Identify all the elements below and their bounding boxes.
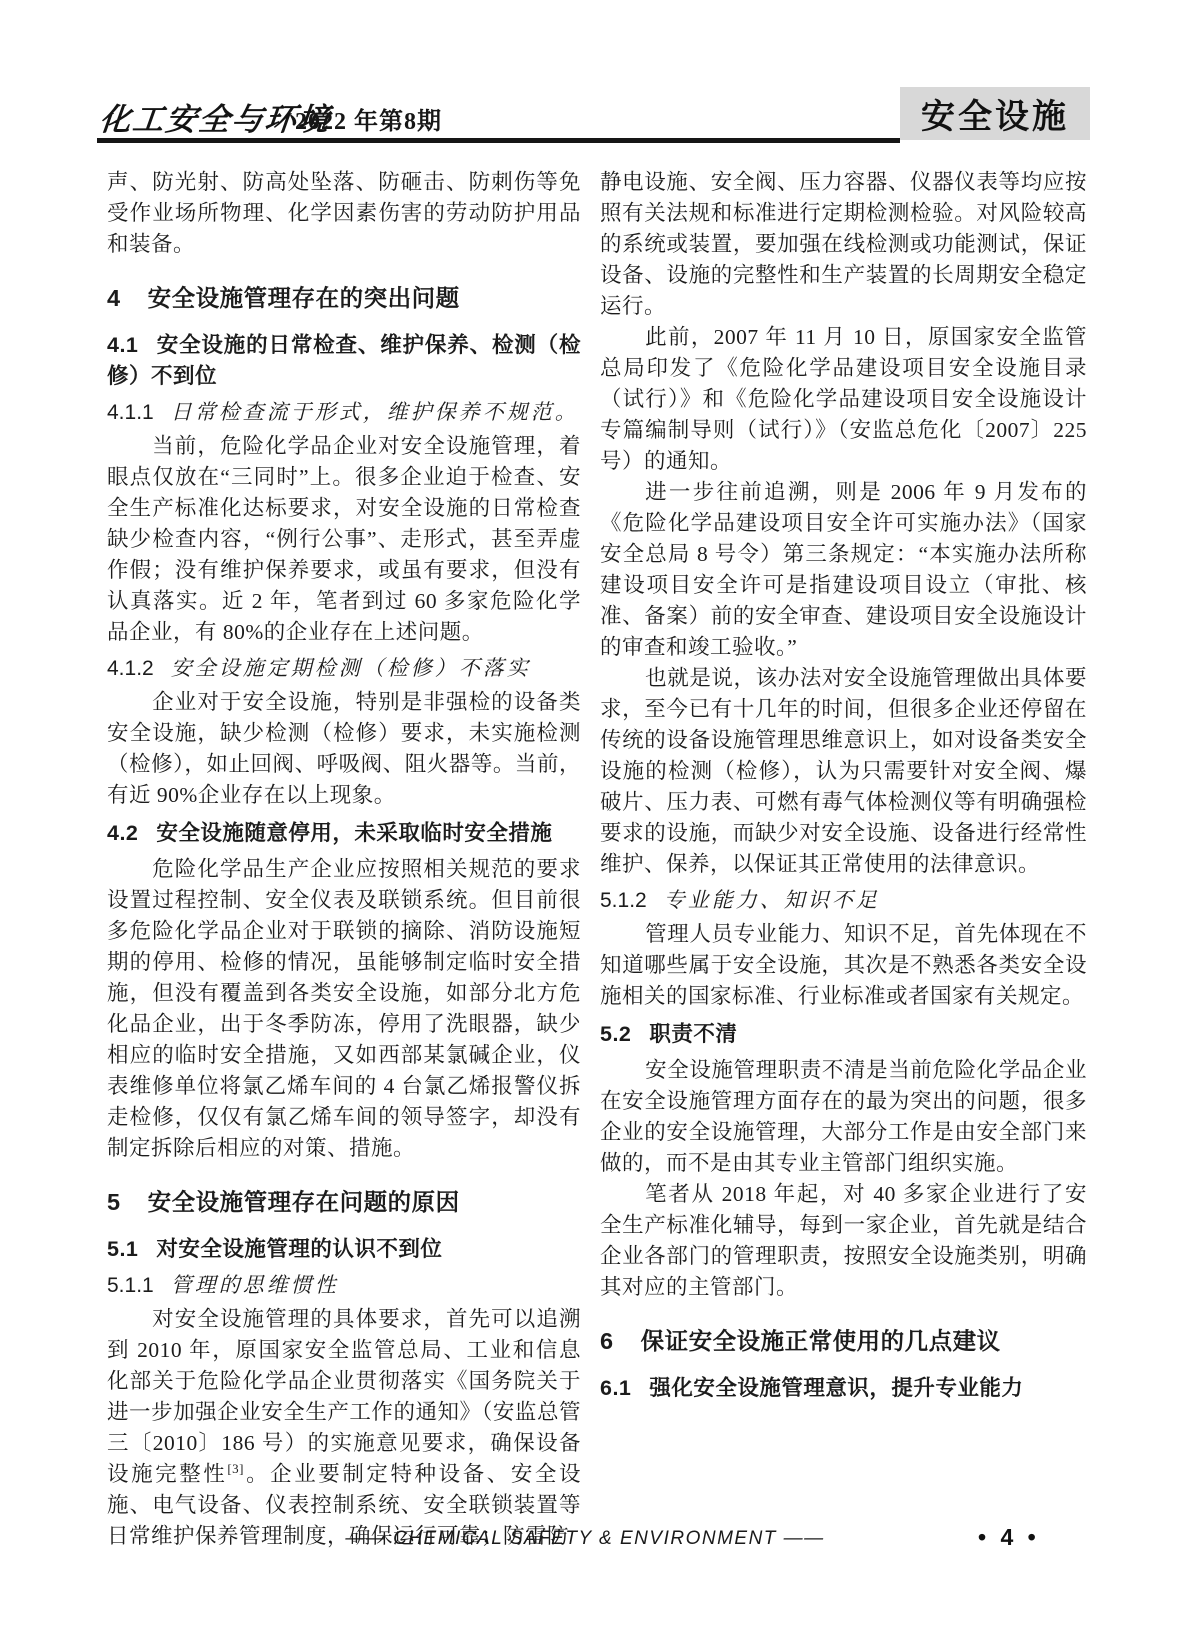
paragraph: 危险化学品生产企业应按照相关规范的要求设置过程控制、安全仪表及联锁系统。但目前很… bbox=[107, 854, 581, 1164]
subsection-title: 强化安全设施管理意识，提升专业能力 bbox=[649, 1376, 1023, 1400]
subsection-heading: 6.1强化安全设施管理意识，提升专业能力 bbox=[600, 1373, 1087, 1404]
subsection-title: 对安全设施管理的认识不到位 bbox=[156, 1237, 442, 1261]
subsection-title: 安全设施随意停用，未采取临时安全措施 bbox=[156, 821, 552, 845]
issue-info: 2022 年第8期 bbox=[295, 101, 442, 136]
left-column: 声、防光射、防高处坠落、防砸击、防刺伤等免受作业场所物理、化学因素伤害的劳动防护… bbox=[107, 167, 581, 1552]
subsubsection-title: 管理的思维惯性 bbox=[171, 1273, 339, 1297]
subsection-number: 5.2 bbox=[600, 1022, 631, 1046]
paragraph: 安全设施管理职责不清是当前危险化学品企业在安全设施管理方面存在的最为突出的问题，… bbox=[600, 1055, 1087, 1179]
subsubsection-title: 专业能力、知识不足 bbox=[664, 888, 880, 912]
section-number: 4 bbox=[107, 285, 121, 311]
section-badge: 安全设施 bbox=[900, 87, 1090, 140]
paragraph: 管理人员专业能力、知识不足，首先体现在不知道哪些属于安全设施，其次是不熟悉各类安… bbox=[600, 919, 1087, 1012]
footer-journal-name: —— CHEMICAL SAFETY & ENVIRONMENT —— bbox=[105, 1528, 1065, 1550]
subsubsection-heading: 4.1.2安全设施定期检测（检修）不落实 bbox=[107, 653, 581, 684]
subsubsection-title: 日常检查流于形式，维护保养不规范。 bbox=[171, 400, 579, 424]
paragraph: 静电设施、安全阀、压力容器、仪器仪表等均应按照有关法规和标准进行定期检测检验。对… bbox=[600, 167, 1087, 322]
section-heading: 5安全设施管理存在问题的原因 bbox=[107, 1185, 581, 1219]
paragraph: 进一步往前追溯，则是 2006 年 9 月发布的《危险化学品建设项目安全许可实施… bbox=[600, 477, 1087, 663]
subsubsection-heading: 4.1.1日常检查流于形式，维护保养不规范。 bbox=[107, 397, 581, 428]
paragraph: 对安全设施管理的具体要求，首先可以追溯到 2010 年，原国家安全监管总局、工业… bbox=[107, 1304, 581, 1552]
section-number: 6 bbox=[600, 1328, 614, 1354]
page-number: • 4 • bbox=[978, 1524, 1040, 1551]
section-number: 5 bbox=[107, 1189, 121, 1215]
subsection-number: 6.1 bbox=[600, 1376, 631, 1400]
subsection-heading: 5.1对安全设施管理的认识不到位 bbox=[107, 1234, 581, 1265]
subsection-title: 安全设施的日常检查、维护保养、检测（检修）不到位 bbox=[107, 333, 581, 388]
paragraph: 当前，危险化学品企业对安全设施管理，着眼点仅放在“三同时”上。很多企业迫于检查、… bbox=[107, 431, 581, 648]
subsection-number: 4.1 bbox=[107, 333, 138, 357]
subsubsection-number: 5.1.1 bbox=[107, 1274, 154, 1297]
document-page: 化工安全与环境 2022 年第8期 安全设施 声、防光射、防高处坠落、防砸击、防… bbox=[0, 0, 1200, 1628]
paragraph: 此前，2007 年 11 月 10 日，原国家安全监管总局印发了《危险化学品建设… bbox=[600, 322, 1087, 477]
paragraph: 声、防光射、防高处坠落、防砸击、防刺伤等免受作业场所物理、化学因素伤害的劳动防护… bbox=[107, 167, 581, 260]
subsection-heading: 4.2安全设施随意停用，未采取临时安全措施 bbox=[107, 818, 581, 849]
section-heading: 4安全设施管理存在的突出问题 bbox=[107, 281, 581, 315]
section-title: 保证安全设施正常使用的几点建议 bbox=[641, 1328, 1001, 1354]
section-title: 安全设施管理存在的突出问题 bbox=[148, 285, 460, 311]
subsection-number: 4.2 bbox=[107, 821, 138, 845]
subsubsection-heading: 5.1.2专业能力、知识不足 bbox=[600, 885, 1087, 916]
paragraph-text: 对安全设施管理的具体要求，首先可以追溯到 2010 年，原国家安全监管总局、工业… bbox=[107, 1307, 581, 1486]
subsection-number: 5.1 bbox=[107, 1237, 138, 1261]
subsection-heading: 5.2职责不清 bbox=[600, 1019, 1087, 1050]
paragraph: 也就是说，该办法对安全设施管理做出具体要求，至今已有十几年的时间，但很多企业还停… bbox=[600, 663, 1087, 880]
subsubsection-title: 安全设施定期检测（检修）不落实 bbox=[171, 656, 531, 680]
section-heading: 6保证安全设施正常使用的几点建议 bbox=[600, 1324, 1087, 1358]
paragraph: 企业对于安全设施，特别是非强检的设备类安全设施，缺少检测（检修）要求，未实施检测… bbox=[107, 687, 581, 811]
section-title: 安全设施管理存在问题的原因 bbox=[148, 1189, 460, 1215]
subsubsection-heading: 5.1.1管理的思维惯性 bbox=[107, 1270, 581, 1301]
citation-ref: [3] bbox=[227, 1461, 244, 1476]
paragraph: 笔者从 2018 年起，对 40 多家企业进行了安全生产标准化辅导，每到一家企业… bbox=[600, 1179, 1087, 1303]
subsection-title: 职责不清 bbox=[649, 1022, 737, 1046]
header-rule bbox=[97, 138, 900, 143]
subsubsection-number: 4.1.2 bbox=[107, 657, 154, 680]
right-column: 静电设施、安全阀、压力容器、仪器仪表等均应按照有关法规和标准进行定期检测检验。对… bbox=[600, 167, 1087, 1409]
subsubsection-number: 4.1.1 bbox=[107, 401, 154, 424]
subsubsection-number: 5.1.2 bbox=[600, 889, 647, 912]
subsection-heading: 4.1安全设施的日常检查、维护保养、检测（检修）不到位 bbox=[107, 330, 581, 392]
